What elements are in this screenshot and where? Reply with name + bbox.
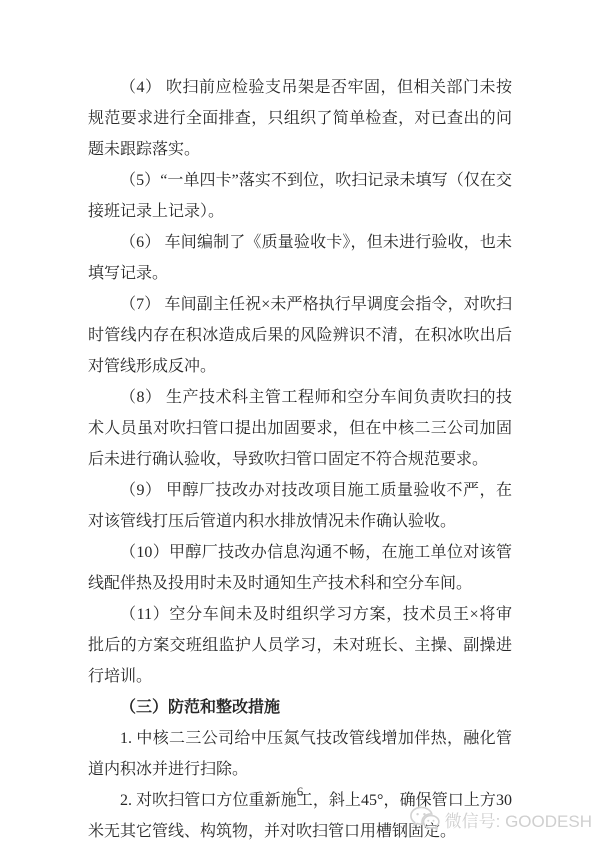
document-page: （4） 吹扫前应检验支吊架是否牢固，但相关部门未按规范要求进行全面排查，只组织了… [0, 0, 600, 848]
document-body: （4） 吹扫前应检验支吊架是否牢固，但相关部门未按规范要求进行全面排查，只组织了… [88, 72, 512, 847]
paragraph-finding-8: （8） 生产技术科主管工程师和空分车间负责吹扫的技术人员虽对吹扫管口提出加固要求… [88, 382, 512, 475]
paragraph-finding-7: （7） 车间副主任祝×未严格执行早调度会指令，对吹扫时管线内存在积冰造成后果的风… [88, 289, 512, 382]
paragraph-finding-5: （5）“一单四卡”落实不到位，吹扫记录未填写（仅在交接班记录上记录）。 [88, 165, 512, 227]
watermark-text: 微信号: GOODESH [445, 807, 592, 832]
section-heading: （三）防范和整改措施 [88, 692, 512, 723]
page-number: 6 [0, 784, 600, 800]
paragraph-finding-9: （9） 甲醇厂技改办对技改项目施工质量验收不严，在对该管线打压后管道内积水排放情… [88, 475, 512, 537]
paragraph-measure-1: 1. 中核二三公司给中压氮气技改管线增加伴热，融化管道内积冰并进行扫除。 [88, 723, 512, 785]
paragraph-finding-6: （6） 车间编制了《质量验收卡》，但未进行验收，也未填写记录。 [88, 227, 512, 289]
watermark: 微信号: GOODESH [410, 806, 592, 832]
wechat-icon [410, 806, 440, 832]
paragraph-finding-11: （11）空分车间未及时组织学习方案，技术员王×将审批后的方案交班组监护人员学习，… [88, 599, 512, 692]
paragraph-finding-4: （4） 吹扫前应检验支吊架是否牢固，但相关部门未按规范要求进行全面排查，只组织了… [88, 72, 512, 165]
paragraph-finding-10: （10）甲醇厂技改办信息沟通不畅，在施工单位对该管线配伴热及投用时未及时通知生产… [88, 537, 512, 599]
